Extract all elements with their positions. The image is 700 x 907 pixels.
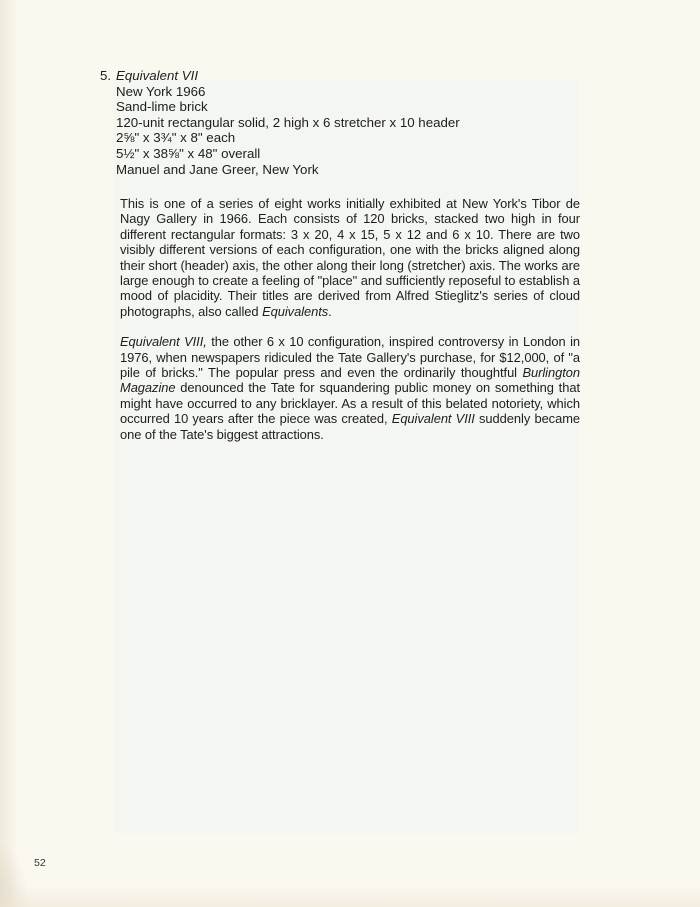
caption-unit-dimensions: 2⅝" x 3¾" x 8" each — [100, 130, 460, 146]
italic-title-text: Equivalent VIII — [392, 411, 475, 426]
caption-location-date: New York 1966 — [100, 84, 460, 100]
artwork-caption: 5.Equivalent VII New York 1966 Sand-lime… — [100, 68, 460, 177]
page-bottom-shadow — [0, 885, 700, 907]
body-text: This is one of a series of eight works i… — [120, 196, 580, 457]
text-segment: . — [328, 304, 332, 319]
artwork-title: Equivalent VII — [116, 68, 198, 83]
text-segment: This is one of a series of eight works i… — [120, 196, 580, 319]
paragraph: This is one of a series of eight works i… — [120, 196, 580, 319]
italic-title-text: Equivalents — [262, 304, 328, 319]
entry-number: 5. — [100, 68, 116, 84]
caption-material: Sand-lime brick — [100, 99, 460, 115]
caption-collection: Manuel and Jane Greer, New York — [100, 162, 460, 178]
italic-title-text: Equivalent VIII, — [120, 334, 207, 349]
caption-configuration: 120-unit rectangular solid, 2 high x 6 s… — [100, 115, 460, 131]
paragraph: Equivalent VIII, the other 6 x 10 config… — [120, 334, 580, 442]
page-edge-shadow — [0, 0, 18, 907]
page-number: 52 — [34, 857, 46, 869]
caption-title-line: 5.Equivalent VII — [100, 68, 460, 84]
caption-overall-dimensions: 5½" x 38⅝" x 48" overall — [100, 146, 460, 162]
